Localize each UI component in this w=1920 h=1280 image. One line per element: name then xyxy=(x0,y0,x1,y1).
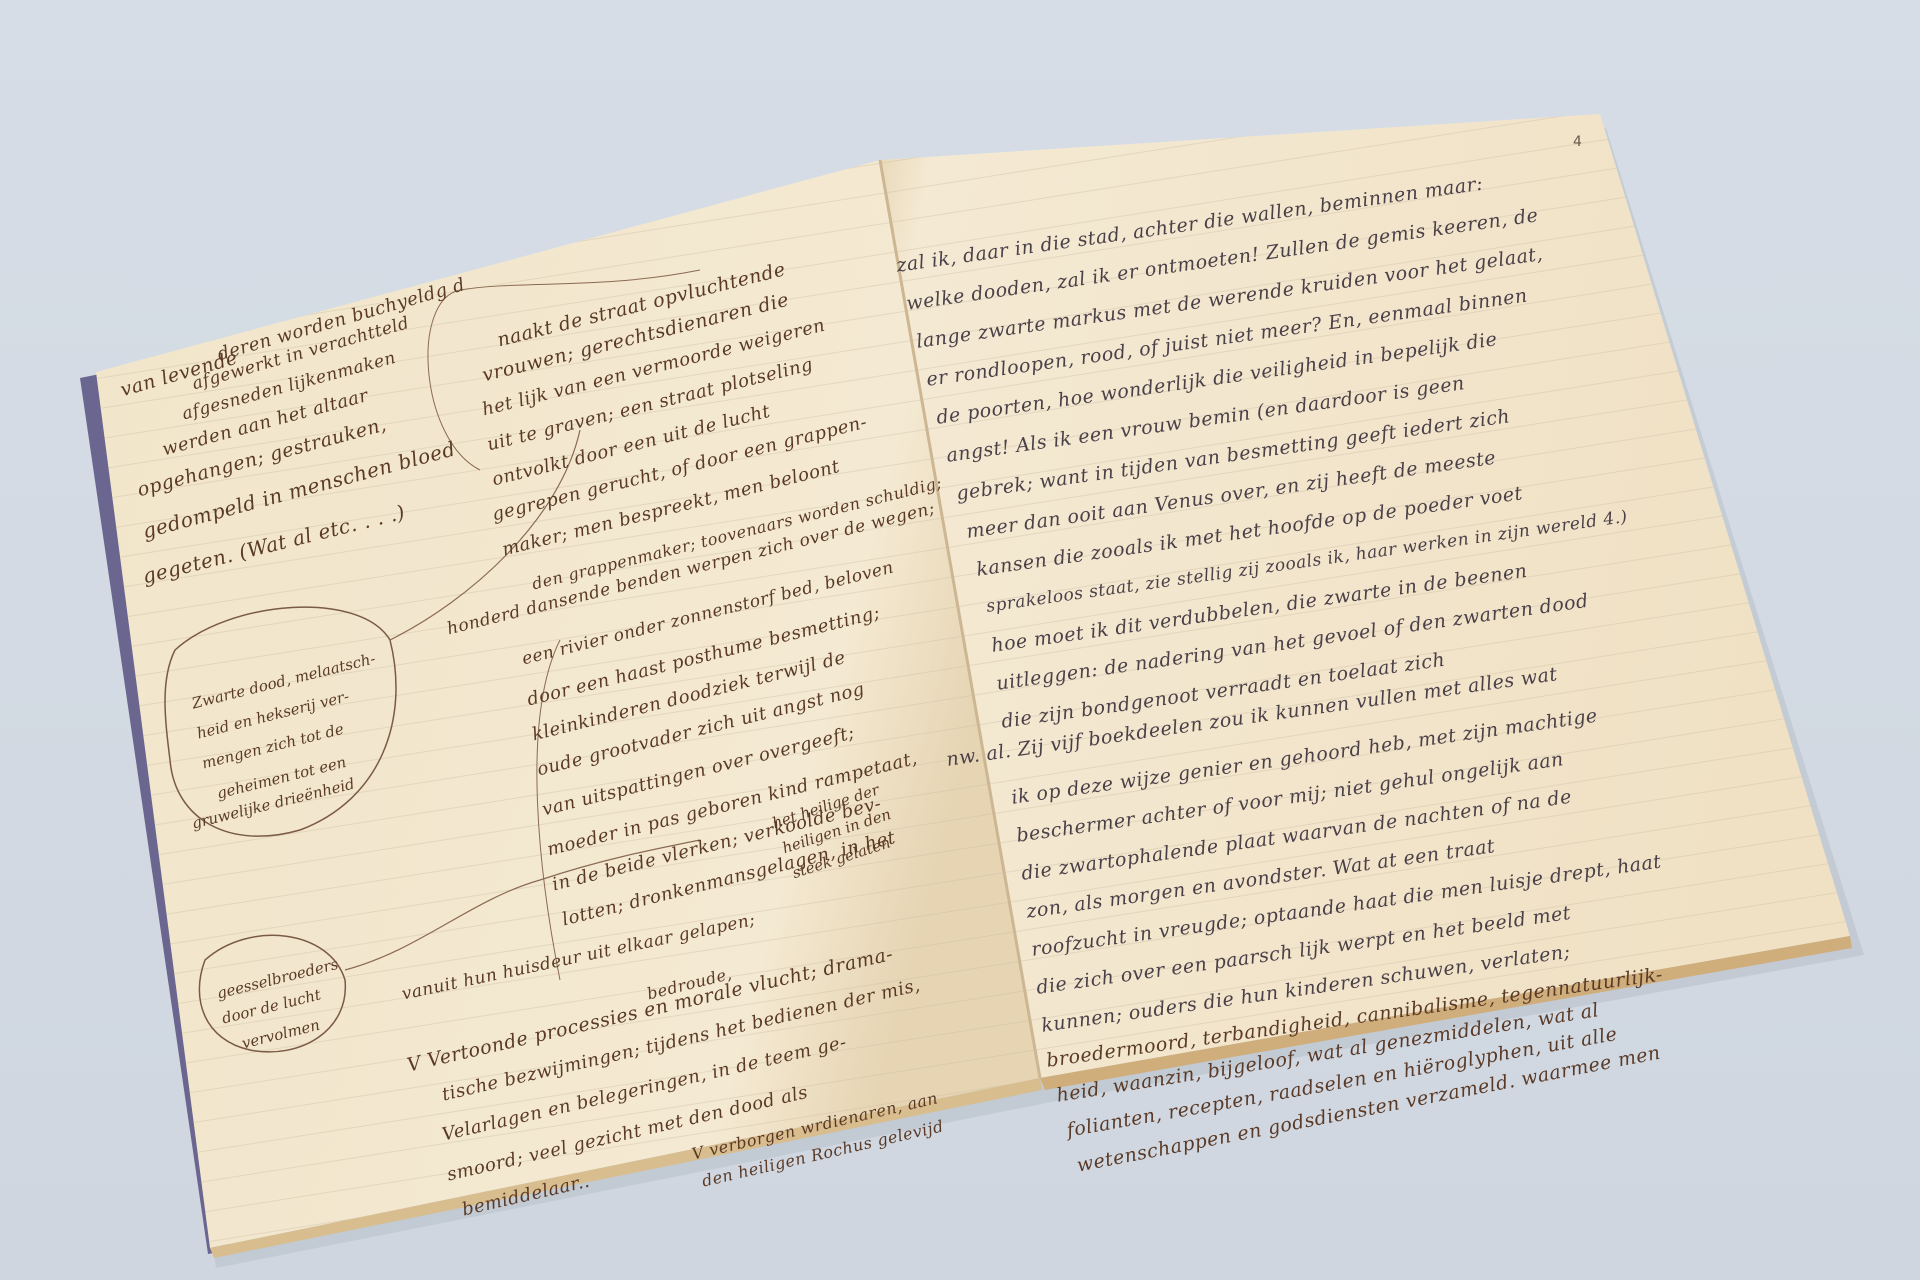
page-number: 4 xyxy=(1573,134,1582,150)
notebook-shape xyxy=(0,0,1920,1280)
notebook-photo: van levende deren worden buchyeldg d afg… xyxy=(0,0,1920,1280)
